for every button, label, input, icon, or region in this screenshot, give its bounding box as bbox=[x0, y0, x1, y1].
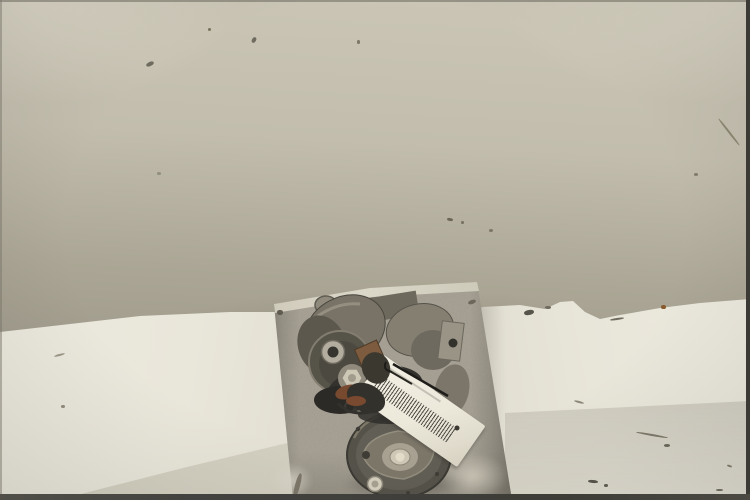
plate-hole bbox=[362, 451, 370, 459]
flange-spot bbox=[356, 427, 360, 431]
photo-edge-top bbox=[0, 0, 750, 2]
bracket-hole bbox=[449, 339, 458, 348]
surface-shadow-left bbox=[0, 305, 300, 500]
white-surface-left bbox=[0, 305, 300, 500]
copper-glint bbox=[369, 355, 375, 361]
terminal-nut-center bbox=[348, 374, 356, 382]
terminal-hole bbox=[328, 347, 339, 358]
photo-scene bbox=[0, 0, 750, 500]
photo-edge-right bbox=[746, 0, 750, 500]
flange-bolt-bottom-center bbox=[372, 481, 379, 488]
photo-edge-left bbox=[0, 0, 2, 500]
photo-edge-bottom bbox=[0, 494, 750, 500]
flange-spot bbox=[435, 472, 439, 476]
surface-shadow-right bbox=[500, 395, 750, 500]
hub-center bbox=[396, 453, 405, 462]
